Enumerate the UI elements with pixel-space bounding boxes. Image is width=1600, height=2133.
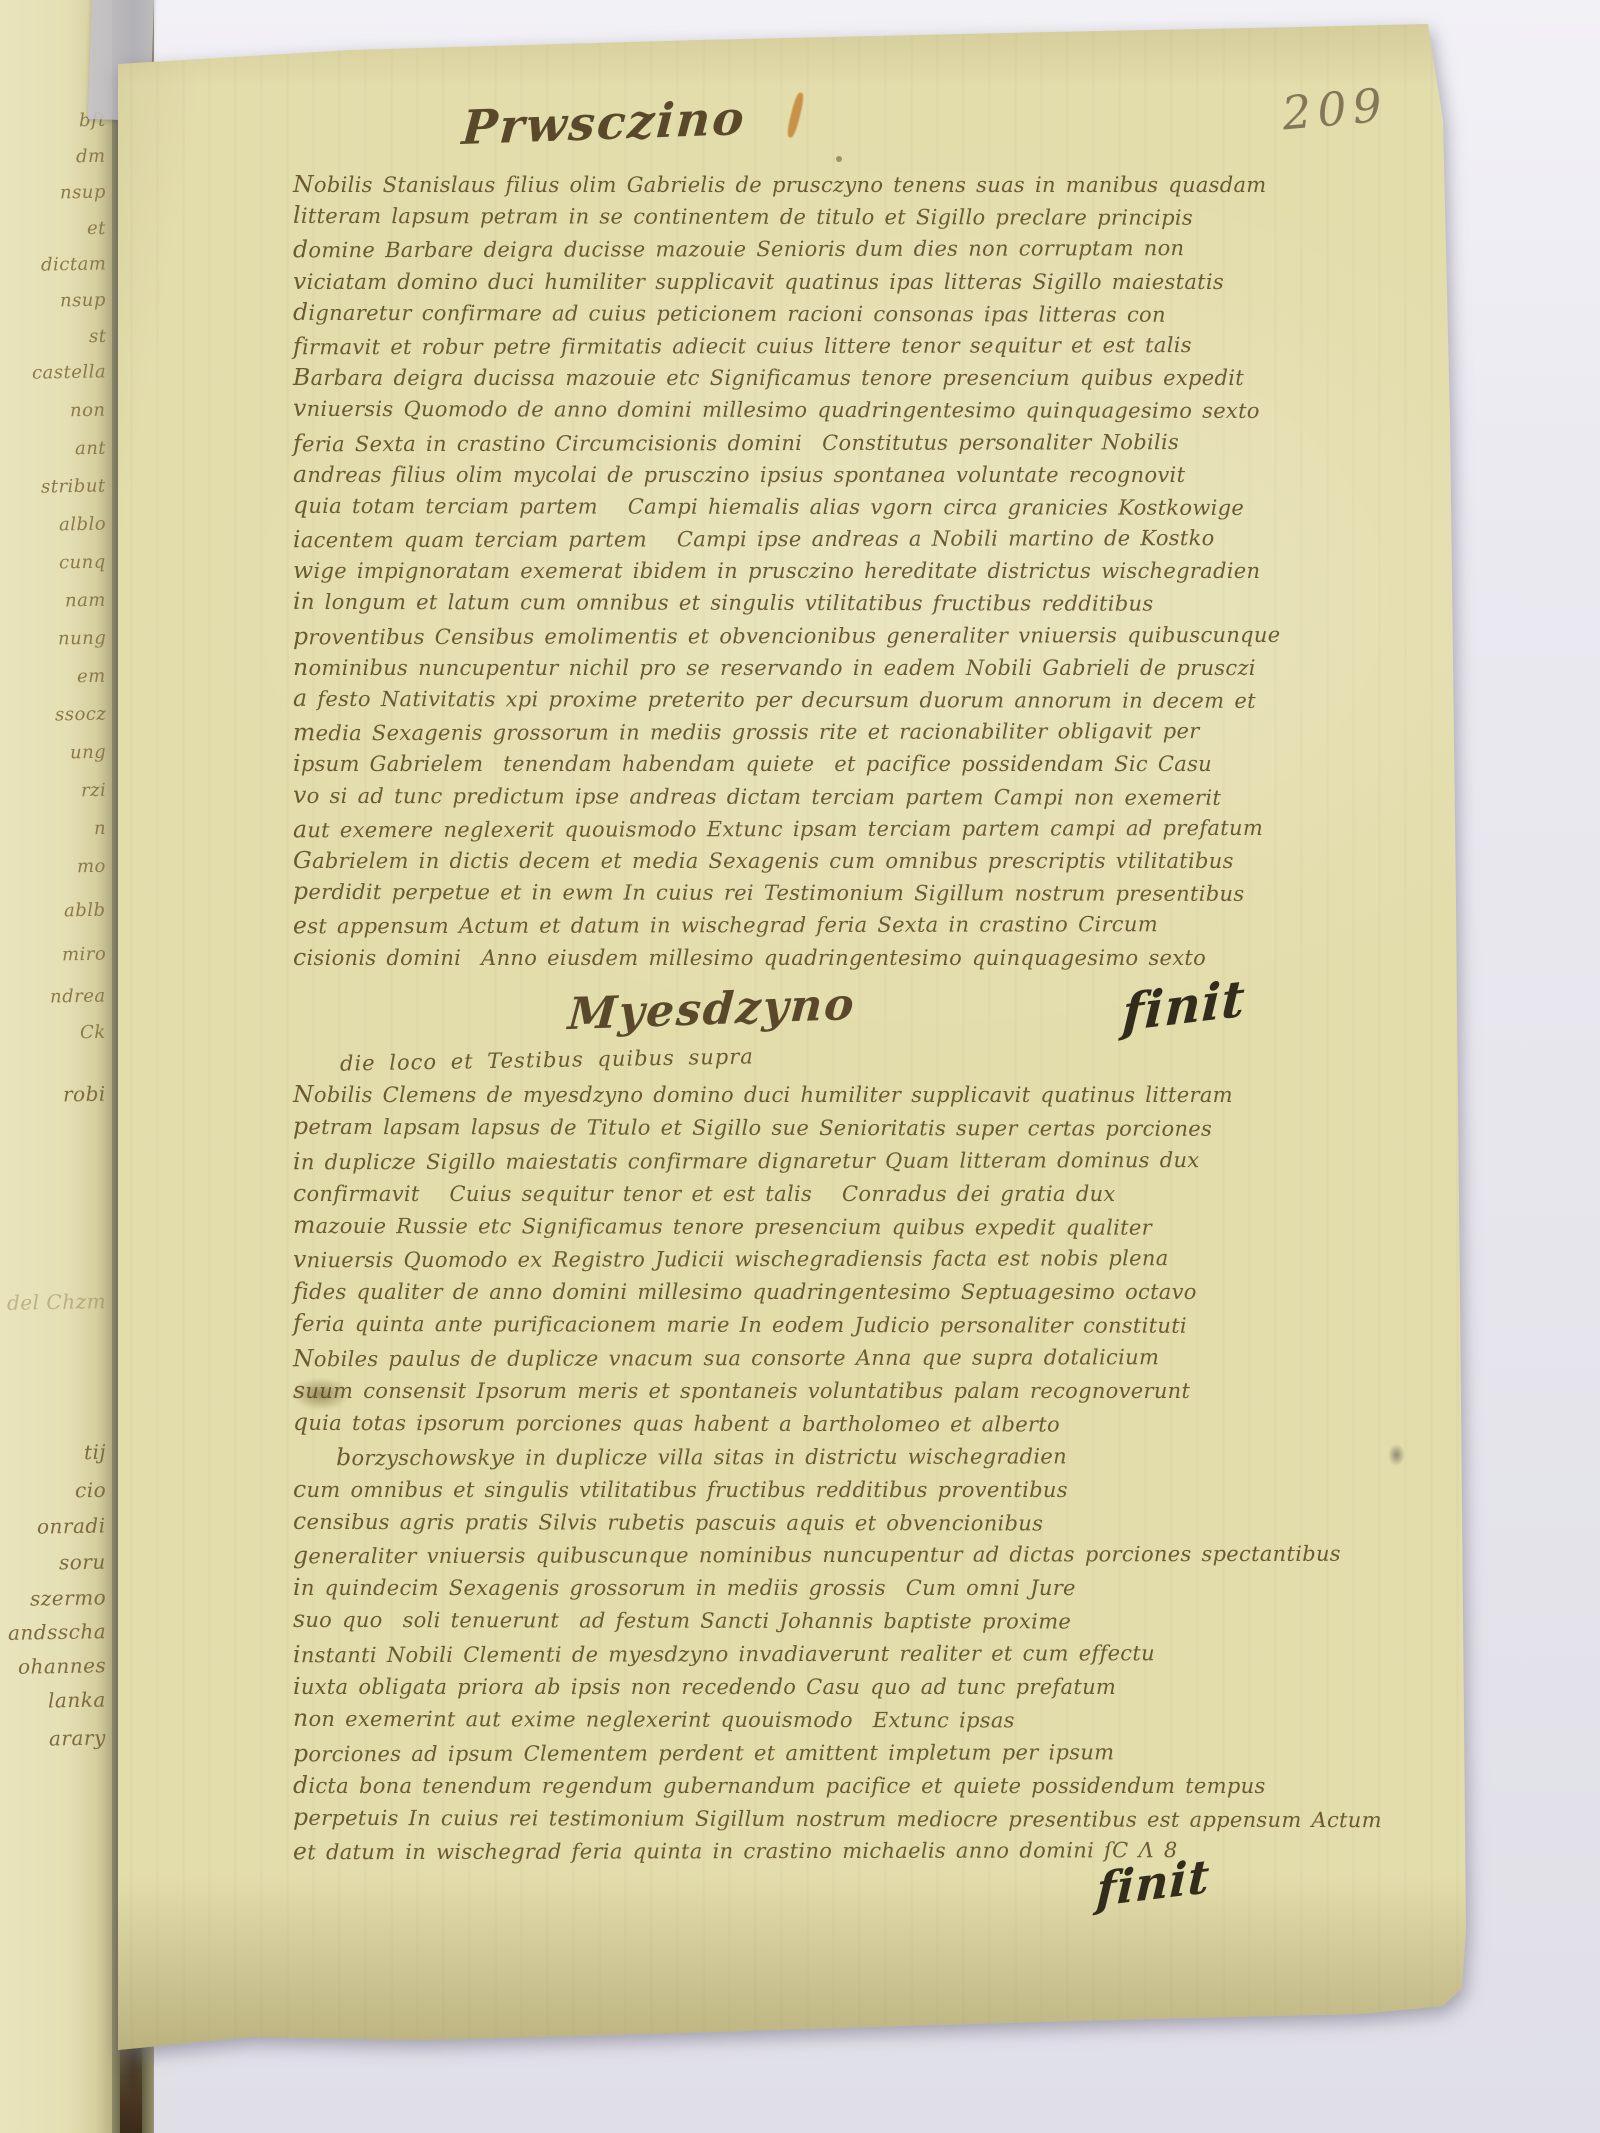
manuscript-line: vniuersis Quomodo de anno domini millesi… (293, 392, 1348, 426)
manuscript-line: suum consensit Ipsorum meris et spontane… (293, 1374, 1348, 1407)
section1-heading: Prwsczino (460, 91, 747, 156)
manuscript-line: instanti Nobili Clementi de myesdzyno in… (293, 1636, 1348, 1671)
manuscript-line: Nobilis Stanislaus filius olim Gabrielis… (293, 168, 1348, 200)
manuscript-line: perpetuis In cuius rei testimonium Sigil… (293, 1800, 1348, 1835)
section2-heading: Myesdzyno (566, 979, 857, 1040)
manuscript-line: Barbara deigra ducissa mazouie etc Signi… (293, 361, 1348, 393)
manuscript-line: dignaretur confirmare ad cuius peticione… (293, 296, 1348, 330)
manuscript-line: Nobiles paulus de duplicze vnacum sua co… (293, 1340, 1348, 1375)
manuscript-line: in longum et latum cum omnibus et singul… (293, 585, 1348, 619)
manuscript-line: feria quinta ante purificacionem marie I… (293, 1307, 1348, 1342)
manuscript-line: vo si ad tunc predictum ipse andreas dic… (293, 778, 1348, 812)
section2-text-block: Nobilis Clemens de myesdzyno domino duci… (293, 1078, 1348, 1867)
manuscript-line: suo quo soli tenuerunt ad festum Sancti … (293, 1603, 1348, 1638)
manuscript-line: quia totam terciam partem Campi hiemalis… (293, 489, 1348, 523)
manuscript-line: fides qualiter de anno domini millesimo … (293, 1275, 1348, 1308)
manuscript-line: Nobilis Clemens de myesdzyno domino duci… (293, 1078, 1348, 1111)
manuscript-line: Gabrielem in dictis decem et media Sexag… (293, 844, 1348, 876)
manuscript-line: est appensum Actum et datum in wischegra… (293, 907, 1348, 942)
manuscript-line: censibus agris pratis Silvis rubetis pas… (293, 1504, 1348, 1539)
ink-dot (836, 156, 842, 162)
manuscript-line: aut exemere neglexerit quouismodo Extunc… (293, 810, 1348, 845)
manuscript-line: in duplicze Sigillo maiestatis confirmar… (293, 1142, 1348, 1177)
section2-subheading: die loco et Testibus quibus supra (340, 1044, 754, 1075)
manuscript-line: confirmavit Cuius sequitur tenor et est … (293, 1177, 1348, 1210)
photograph-of-manuscript: { "colors":{ "parchment":"#e3dcab", "ink… (0, 0, 1600, 2133)
manuscript-line: ipsum Gabrielem tenendam habendam quiete… (293, 747, 1348, 779)
manuscript-line: quia totas ipsorum porciones quas habent… (293, 1406, 1348, 1441)
manuscript-line: petram lapsam lapsus de Titulo et Sigill… (293, 1110, 1348, 1145)
manuscript-page: 209 Prwsczino Nobilis Stanislaus filius … (0, 0, 1600, 2133)
manuscript-line: proventibus Censibus emolimentis et obve… (293, 617, 1348, 652)
manuscript-line: cisionis domini Anno eiusdem millesimo q… (293, 941, 1348, 973)
manuscript-line: media Sexagenis grossorum in mediis gros… (293, 714, 1348, 749)
manuscript-line: generaliter vniuersis quibuscunque nomin… (293, 1537, 1348, 1572)
manuscript-line: viciatam domino duci humiliter supplicav… (293, 265, 1348, 297)
manuscript-line: andreas filius olim mycolai de prusczino… (293, 458, 1348, 490)
orange-ink-stain (786, 92, 806, 139)
manuscript-line: litteram lapsum petram in se continentem… (293, 199, 1348, 233)
manuscript-line: vniuersis Quomodo ex Registro Judicii wi… (293, 1241, 1348, 1276)
manuscript-line: dicta bona tenendum regendum gubernandum… (293, 1769, 1348, 1802)
manuscript-line: perdidit perpetue et in ewm In cuius rei… (293, 875, 1348, 909)
manuscript-line: porciones ad ipsum Clementem perdent et … (293, 1735, 1348, 1770)
manuscript-line: feria Sexta in crastino Circumcisionis d… (293, 424, 1348, 459)
manuscript-line: wige impignoratam exemerat ibidem in pru… (293, 554, 1348, 586)
manuscript-line: firmavit et robur petre firmitatis adiec… (293, 328, 1348, 363)
gray-blot (1388, 1444, 1405, 1466)
manuscript-line: non exemerint aut exime neglexerint quou… (293, 1702, 1348, 1737)
manuscript-line: a festo Nativitatis xpi proxime preterit… (293, 682, 1348, 716)
manuscript-line: domine Barbare deigra ducisse mazouie Se… (293, 231, 1348, 266)
manuscript-line: iacentem quam terciam partem Campi ipse … (293, 521, 1348, 556)
section1-text-block: Nobilis Stanislaus filius olim Gabrielis… (293, 168, 1348, 973)
manuscript-line: iuxta obligata priora ab ipsis non reced… (293, 1670, 1348, 1703)
section1-finit-mark: finit (1121, 968, 1247, 1043)
manuscript-line: in quindecim Sexagenis grossorum in medi… (293, 1571, 1348, 1604)
manuscript-line: cum omnibus et singulis vtilitatibus fru… (293, 1473, 1348, 1506)
folio-number: 209 (1280, 77, 1390, 140)
manuscript-line: mazouie Russie etc Significamus tenore p… (293, 1208, 1348, 1243)
manuscript-line: borzyschowskye in duplicze villa sitas i… (293, 1439, 1348, 1474)
manuscript-line: nominibus nuncupentur nichil pro se rese… (293, 651, 1348, 683)
